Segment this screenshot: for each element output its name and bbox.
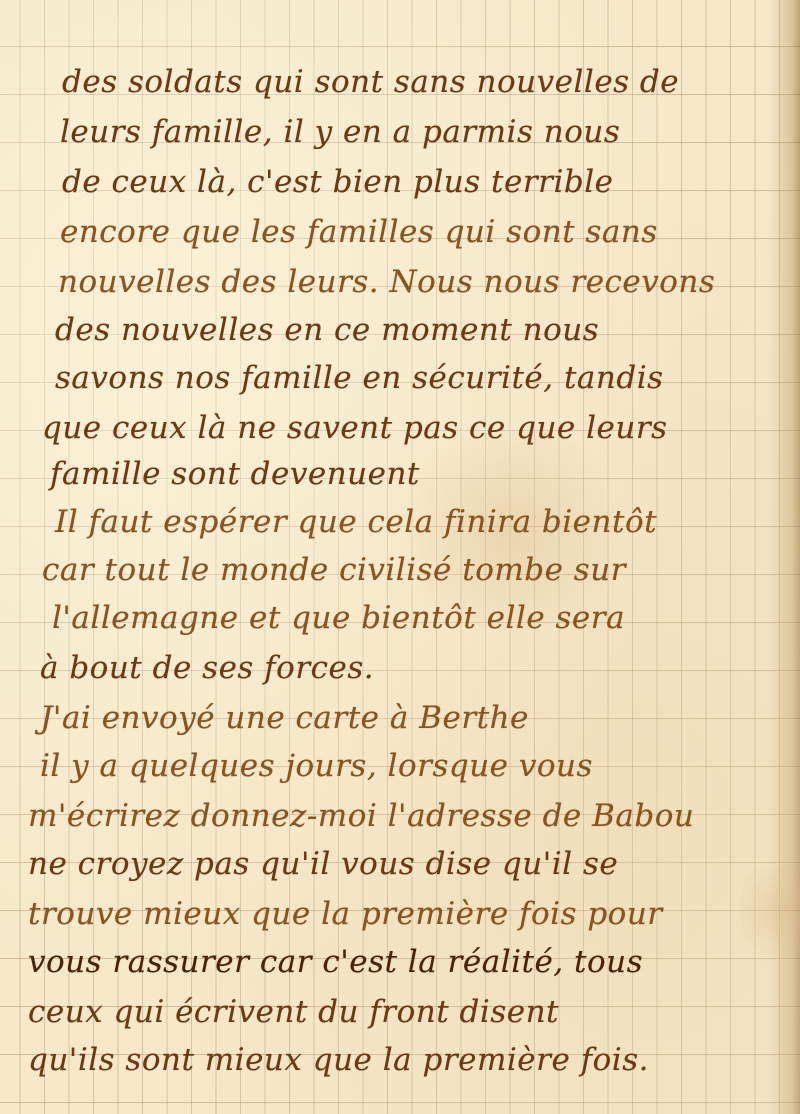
letter-line: leurs famille, il y en a parmis nous	[60, 114, 620, 150]
letter-line: vous rassurer car c'est la réalité, tous	[28, 944, 643, 980]
letter-line: savons nos famille en sécurité, tandis	[55, 360, 664, 396]
letter-line: J'ai envoyé une carte à Berthe	[40, 700, 529, 736]
letter-line: des soldats qui sont sans nouvelles de	[62, 64, 679, 100]
letter-line: qu'ils sont mieux que la première fois.	[28, 1042, 649, 1078]
handwritten-letter: des soldats qui sont sans nouvelles de l…	[0, 0, 800, 1114]
letter-line: Il faut espérer que cela finira bientôt	[55, 504, 657, 540]
letter-line: ne croyez pas qu'il vous dise qu'il se	[28, 846, 618, 882]
letter-line: m'écrirez donnez-moi l'adresse de Babou	[28, 798, 694, 834]
letter-line: car tout le monde civilisé tombe sur	[42, 552, 626, 588]
letter-line: ceux qui écrivent du front disent	[28, 994, 559, 1030]
letter-line: nouvelles des leurs. Nous nous recevons	[58, 264, 715, 300]
letter-line: des nouvelles en ce moment nous	[55, 312, 599, 348]
letter-line: famille sont devenuent	[50, 456, 420, 492]
letter-line: l'allemagne et que bientôt elle sera	[52, 600, 625, 636]
letter-line: à bout de ses forces.	[40, 650, 374, 686]
letter-line: que ceux là ne savent pas ce que leurs	[42, 410, 668, 446]
letter-line: encore que les familles qui sont sans	[60, 214, 658, 250]
letter-line: trouve mieux que la première fois pour	[28, 896, 663, 932]
letter-line: il y a quelques jours, lorsque vous	[40, 748, 593, 784]
letter-line: de ceux là, c'est bien plus terrible	[62, 164, 613, 200]
